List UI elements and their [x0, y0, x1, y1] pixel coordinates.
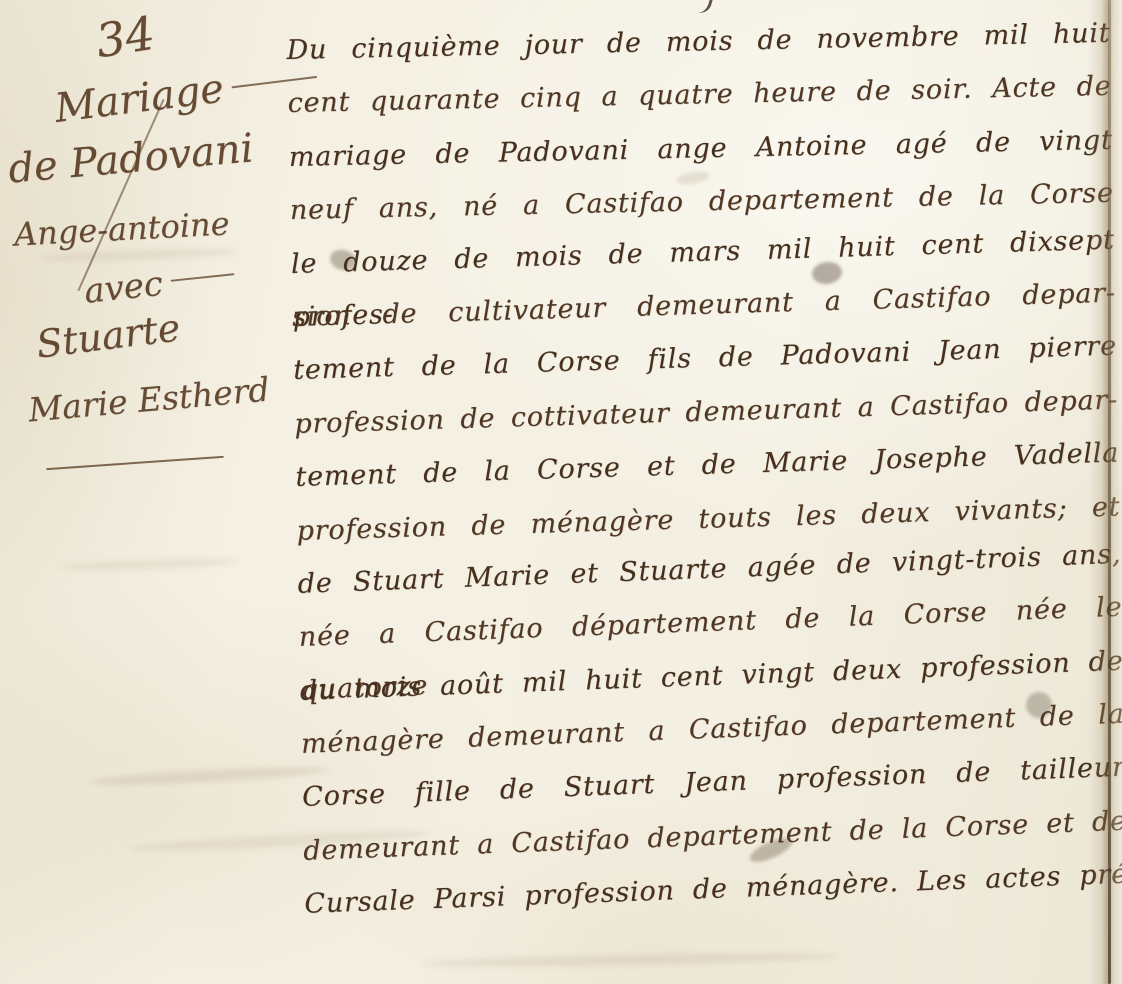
page-fold-edge: [1088, 0, 1122, 984]
manuscript-body: Du cinquième jour de mois de novembre mi…: [286, 7, 1122, 932]
page-fold-line: [1108, 0, 1111, 984]
record-number: 34: [92, 6, 158, 68]
